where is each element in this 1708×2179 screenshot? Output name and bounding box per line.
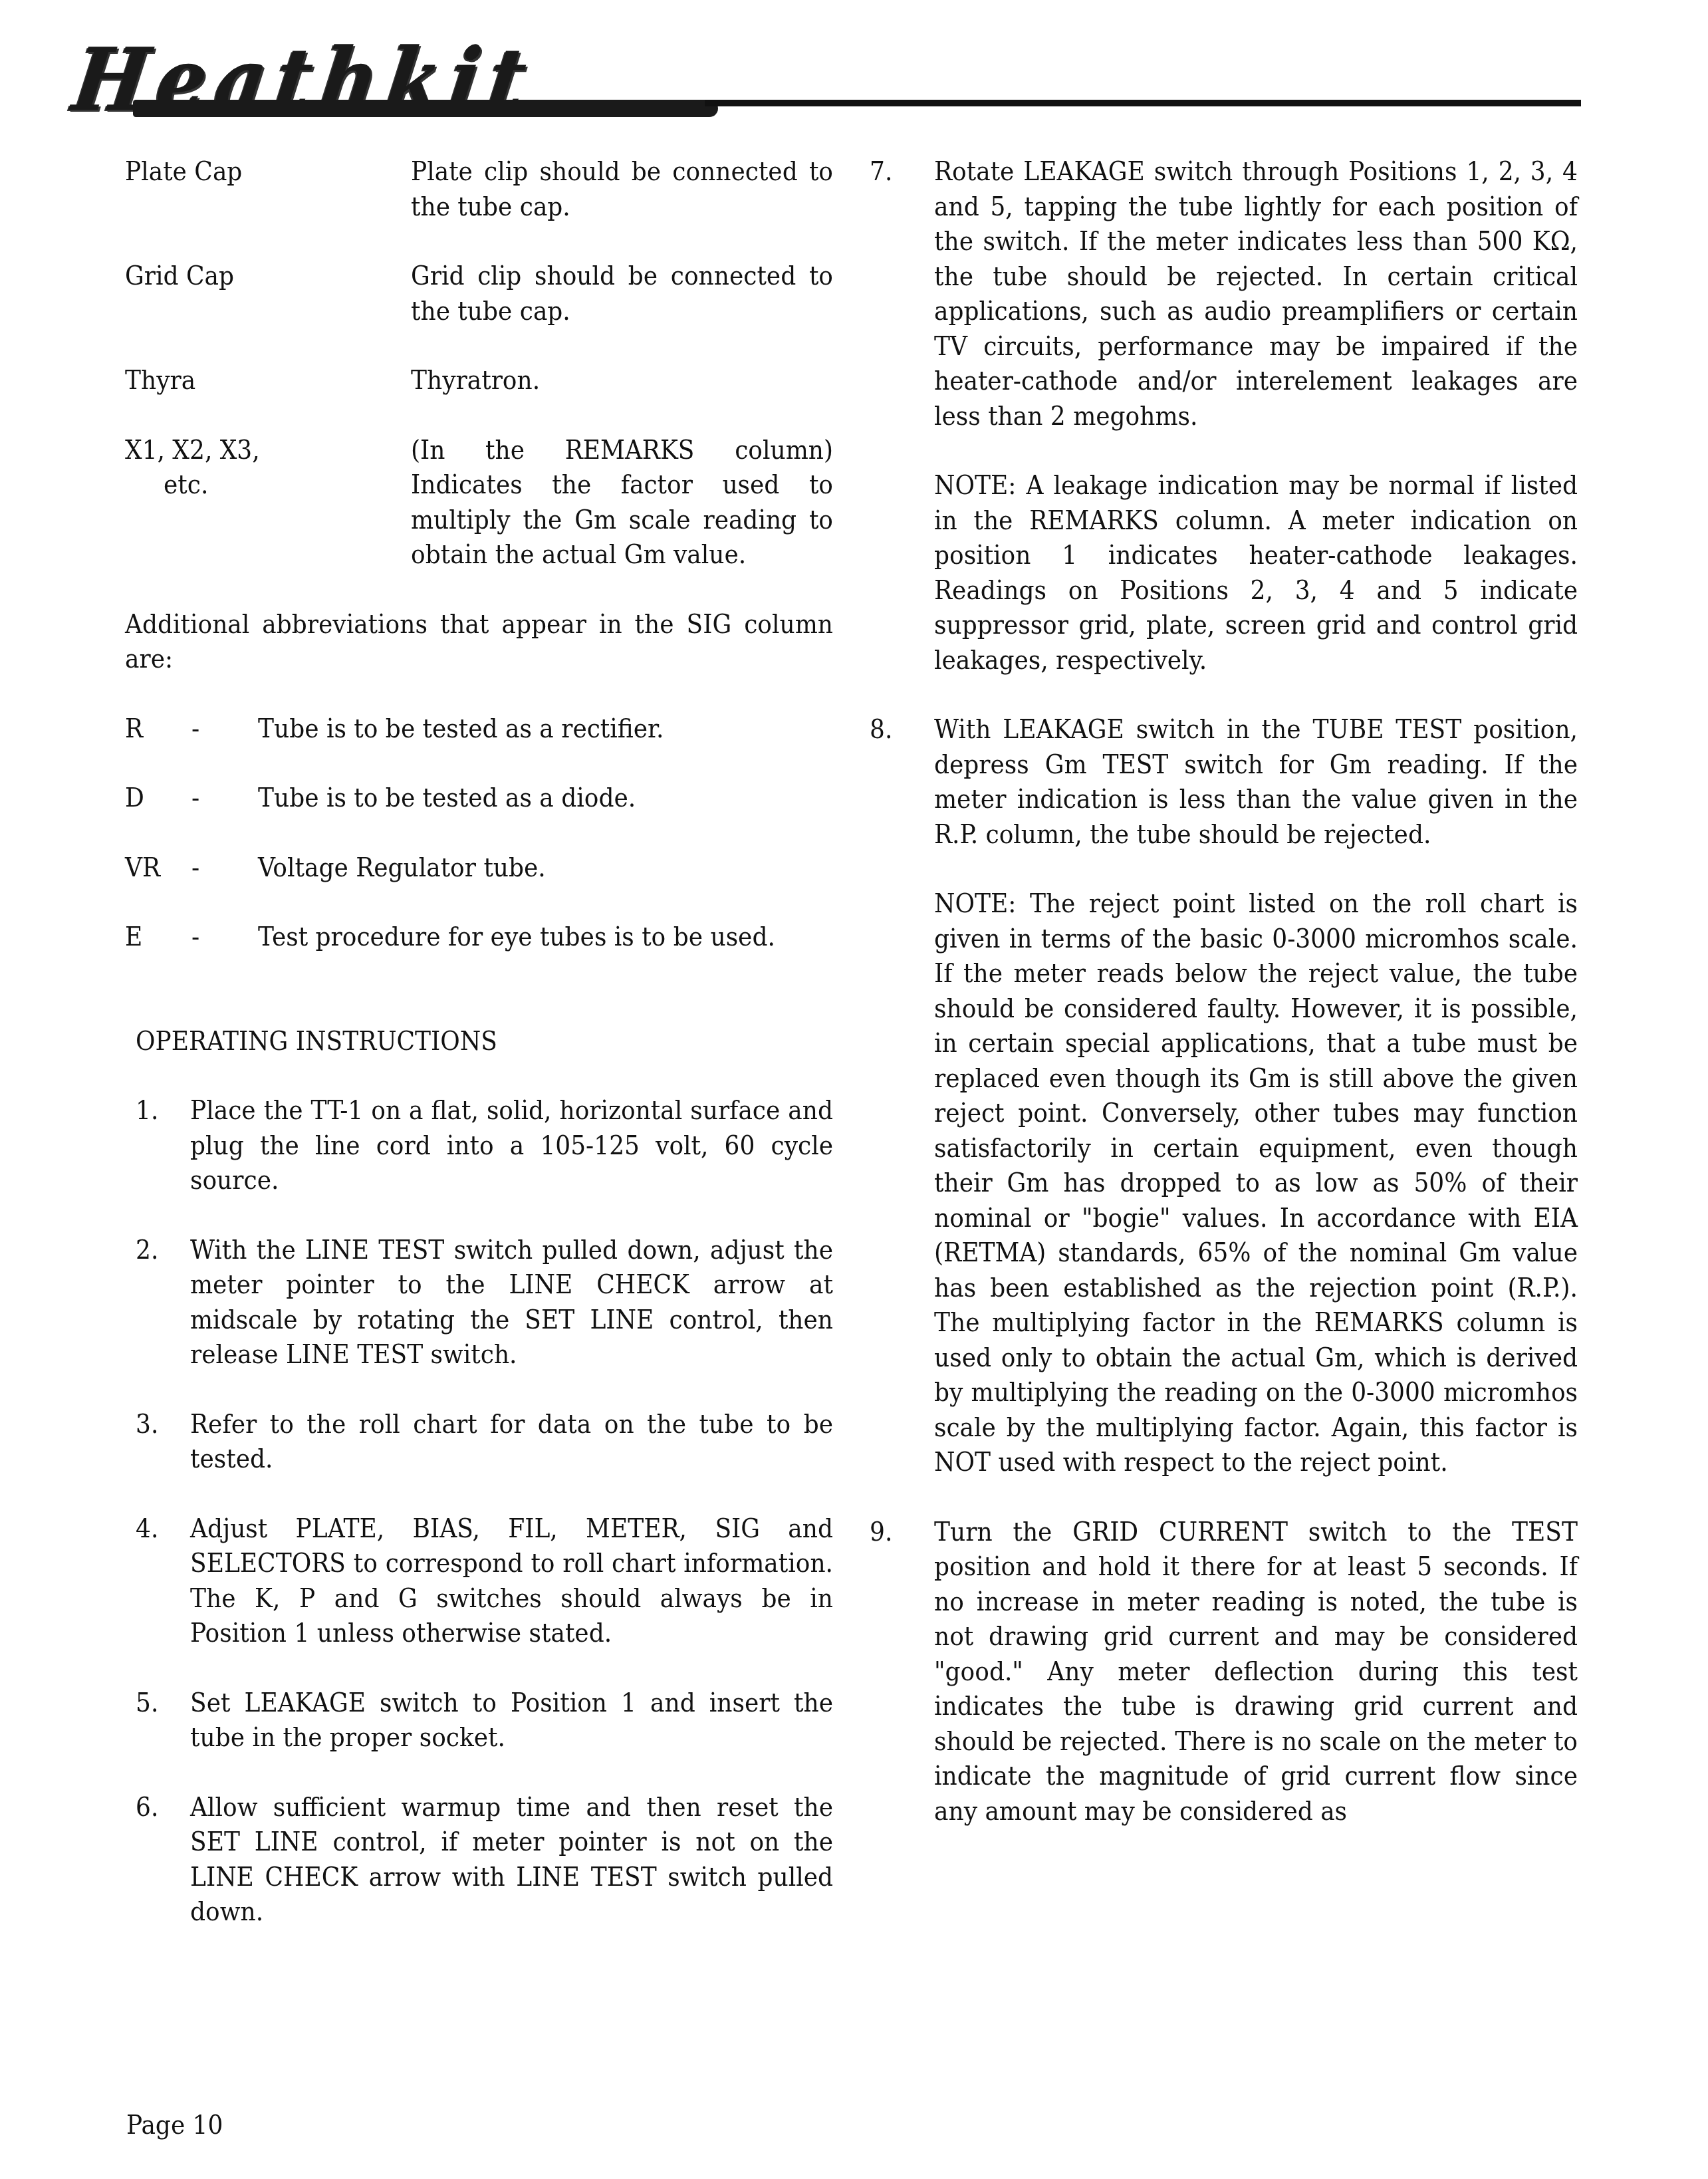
- definition-term-sub: etc.: [125, 467, 411, 503]
- abbr-text: Test procedure for eye tubes is to be us…: [258, 920, 833, 955]
- step-text: Place the TT-1 on a flat, solid, horizon…: [190, 1093, 833, 1198]
- instruction-step: 9. Turn the GRID CURRENT switch to the T…: [870, 1515, 1578, 1829]
- section-title: OPERATING INSTRUCTIONS: [136, 1024, 833, 1059]
- step-number: 9.: [870, 1515, 934, 1829]
- abbr-text: Tube is to be tested as a diode.: [258, 781, 833, 816]
- sig-abbreviation: D - Tube is to be tested as a diode.: [125, 781, 833, 816]
- abbr-dash: -: [191, 850, 258, 886]
- step-number: 2.: [125, 1233, 190, 1372]
- step-text: Rotate LEAKAGE switch through Positions …: [934, 154, 1578, 434]
- step-number: 6.: [125, 1790, 190, 1930]
- step-text: Allow sufficient warmup time and then re…: [190, 1790, 833, 1930]
- definition-term: Plate Cap: [125, 154, 411, 224]
- abbr-text: Tube is to be tested as a rectifier.: [258, 711, 833, 747]
- instruction-step: 7. Rotate LEAKAGE switch through Positio…: [870, 154, 1578, 434]
- step-number: 4.: [125, 1511, 190, 1651]
- page-number: Page 10: [126, 2108, 223, 2143]
- instruction-step: 5. Set LEAKAGE switch to Position 1 and …: [125, 1686, 833, 1755]
- abbr-key: R: [125, 711, 191, 747]
- step-note: NOTE: A leakage indication may be normal…: [934, 468, 1578, 678]
- step-number: 5.: [125, 1686, 190, 1755]
- sig-abbreviation: VR - Voltage Regulator tube.: [125, 850, 833, 886]
- step-text: Refer to the roll chart for data on the …: [190, 1407, 833, 1477]
- step-number: 3.: [125, 1407, 190, 1477]
- definition-desc: Grid clip should be connected to the tub…: [411, 259, 833, 328]
- definition-term: X1, X2, X3, etc.: [125, 433, 411, 573]
- definition-desc: Thyratron.: [411, 363, 833, 398]
- sig-intro: Additional abbreviations that appear in …: [125, 607, 833, 677]
- left-column: Plate Cap Plate clip should be connected…: [125, 154, 833, 1964]
- step-text: Set LEAKAGE switch to Position 1 and ins…: [190, 1686, 833, 1755]
- step-text: Turn the GRID CURRENT switch to the TEST…: [934, 1515, 1578, 1829]
- step-note: NOTE: The reject point listed on the rol…: [934, 886, 1578, 1480]
- definition-term: Thyra: [125, 363, 411, 398]
- definition-desc: (In the REMARKS column) Indicates the fa…: [411, 433, 833, 573]
- instruction-step: 3. Refer to the roll chart for data on t…: [125, 1407, 833, 1477]
- abbr-dash: -: [191, 781, 258, 816]
- header-rule: [705, 100, 1581, 106]
- abbr-key: VR: [125, 850, 191, 886]
- instruction-step: 4. Adjust PLATE, BIAS, FIL, METER, SIG a…: [125, 1511, 833, 1651]
- step-text: With LEAKAGE switch in the TUBE TEST pos…: [934, 712, 1578, 852]
- logo-underline: [133, 100, 718, 117]
- definition-row: Grid Cap Grid clip should be connected t…: [125, 259, 833, 328]
- abbr-key: D: [125, 781, 191, 816]
- step-text: Adjust PLATE, BIAS, FIL, METER, SIG and …: [190, 1511, 833, 1651]
- sig-abbreviation: E - Test procedure for eye tubes is to b…: [125, 920, 833, 955]
- instruction-step: 8. With LEAKAGE switch in the TUBE TEST …: [870, 712, 1578, 852]
- abbr-dash: -: [191, 920, 258, 955]
- step-number: 1.: [125, 1093, 190, 1198]
- step-text: With the LINE TEST switch pulled down, a…: [190, 1233, 833, 1372]
- definition-term: Grid Cap: [125, 259, 411, 328]
- definition-row: X1, X2, X3, etc. (In the REMARKS column)…: [125, 433, 833, 573]
- definition-row: Plate Cap Plate clip should be connected…: [125, 154, 833, 224]
- definition-row: Thyra Thyratron.: [125, 363, 833, 398]
- instruction-step: 6. Allow sufficient warmup time and then…: [125, 1790, 833, 1930]
- definition-desc: Plate clip should be connected to the tu…: [411, 154, 833, 224]
- right-column: 7. Rotate LEAKAGE switch through Positio…: [870, 154, 1578, 1863]
- instruction-step: 1. Place the TT-1 on a flat, solid, hori…: [125, 1093, 833, 1198]
- abbr-text: Voltage Regulator tube.: [258, 850, 833, 886]
- instruction-step: 2. With the LINE TEST switch pulled down…: [125, 1233, 833, 1372]
- sig-abbreviation: R - Tube is to be tested as a rectifier.: [125, 711, 833, 747]
- abbr-key: E: [125, 920, 191, 955]
- step-number: 7.: [870, 154, 934, 434]
- step-number: 8.: [870, 712, 934, 852]
- abbr-dash: -: [191, 711, 258, 747]
- manual-page: Heathkit Plate Cap Plate clip should be …: [0, 0, 1708, 2179]
